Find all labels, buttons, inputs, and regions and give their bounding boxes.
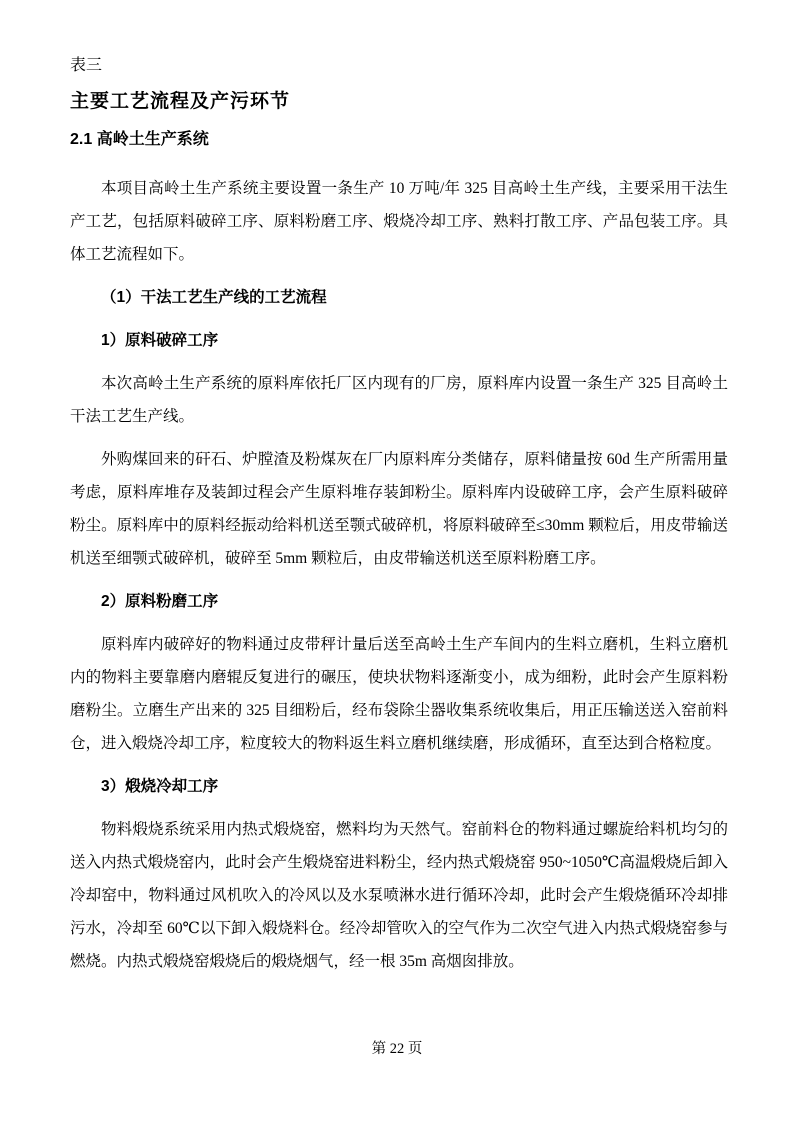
paragraph-raw-material-warehouse: 本次高岭土生产系统的原料库依托厂区内现有的厂房，原料库内设置一条生产 325 目… (70, 367, 728, 433)
subheading-raw-material-grinding: 2）原料粉磨工序 (70, 585, 728, 618)
document-page: 表三 主要工艺流程及产污环节 2.1 高岭土生产系统 本项目高岭土生产系统主要设… (0, 0, 794, 1123)
table-label: 表三 (70, 55, 728, 77)
section-heading-kaolin-production-system: 2.1 高岭土生产系统 (70, 129, 728, 151)
paragraph-calcination-process-detail: 物料煅烧系统采用内热式煅烧窑，燃料均为天然气。窑前料仓的物料通过螺旋给料机均匀的… (70, 813, 728, 978)
paragraph-project-overview: 本项目高岭土生产系统主要设置一条生产 10 万吨/年 325 目高岭土生产线，主… (70, 172, 728, 271)
paragraph-grinding-process-detail: 原料库内破碎好的物料通过皮带秤计量后送至高岭土生产车间内的生料立磨机，生料立磨机… (70, 628, 728, 760)
subheading-dry-process-flow: （1）干法工艺生产线的工艺流程 (70, 281, 728, 314)
page-title: 主要工艺流程及产污环节 (70, 89, 728, 115)
paragraph-crushing-process-detail: 外购煤回来的矸石、炉膛渣及粉煤灰在厂内原料库分类储存，原料储量按 60d 生产所… (70, 443, 728, 575)
subheading-raw-material-crushing: 1）原料破碎工序 (70, 324, 728, 357)
subheading-calcination-cooling: 3）煅烧冷却工序 (70, 770, 728, 803)
document-content: 表三 主要工艺流程及产污环节 2.1 高岭土生产系统 本项目高岭土生产系统主要设… (70, 55, 728, 988)
page-number: 第 22 页 (0, 1039, 794, 1059)
